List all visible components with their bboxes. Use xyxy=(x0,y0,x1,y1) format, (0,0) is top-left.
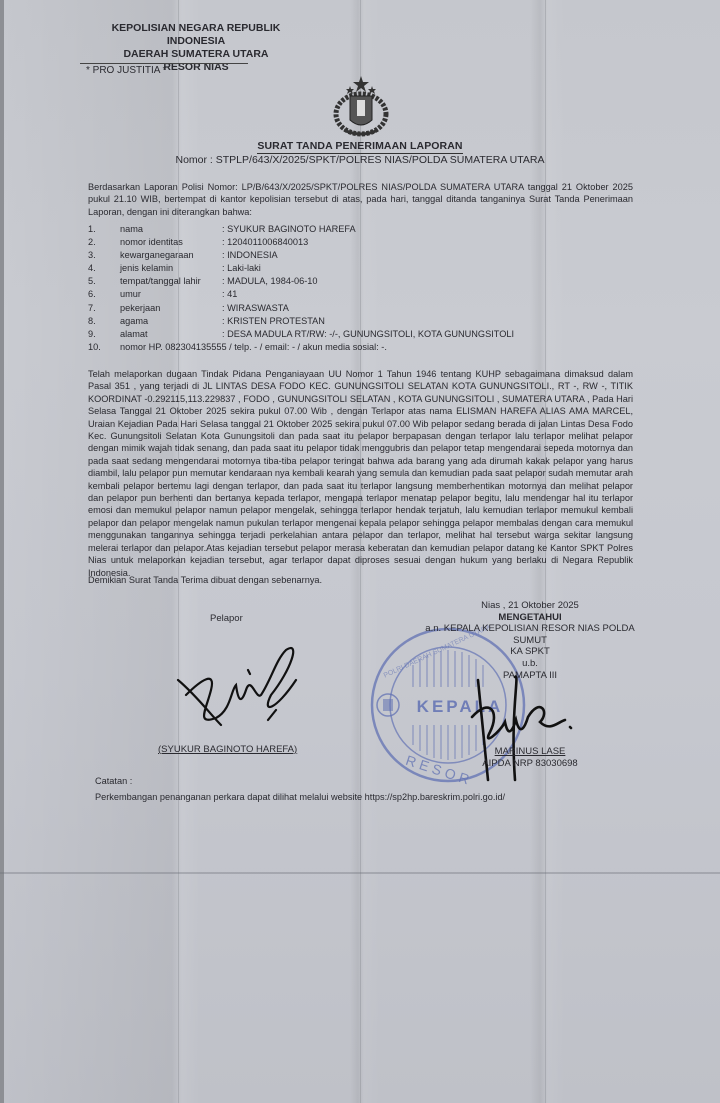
identity-row: 8.agama: KRISTEN PROTESTAN xyxy=(88,315,514,328)
officer-block: MARINUS LASE AIPDA NRP 83030698 xyxy=(410,746,650,770)
identity-row: 7.pekerjaan: WIRASWASTA xyxy=(88,302,514,315)
fold-line xyxy=(0,872,720,874)
institution-line: KEPOLISIAN NEGARA REPUBLIK INDONESIA xyxy=(86,22,306,48)
reporter-signature xyxy=(176,640,306,735)
officer-rank-nrp: AIPDA NRP 83030698 xyxy=(410,758,650,770)
note-text: Perkembangan penanganan perkara dapat di… xyxy=(95,789,505,805)
note-section: Catatan : Perkembangan penanganan perkar… xyxy=(95,773,505,805)
header-divider xyxy=(80,63,248,64)
identity-row: 4.jenis kelamin: Laki-laki xyxy=(88,262,514,275)
identity-row: 5.tempat/tanggal lahir: MADULA, 1984-06-… xyxy=(88,275,514,288)
officer-name: MARINUS LASE xyxy=(410,746,650,758)
institution-line: DAERAH SUMATERA UTARA xyxy=(86,48,306,61)
ub-line: u.b. xyxy=(410,658,650,670)
on-behalf-line: a.n. KEPALA KEPOLISIAN RESOR NIAS POLDA … xyxy=(410,623,650,646)
reporter-label: Pelapor xyxy=(210,613,243,624)
identity-row: 2.nomor identitas: 1204011006840013 xyxy=(88,236,514,249)
closing-statement: Demikian Surat Tanda Terima dibuat denga… xyxy=(88,575,322,585)
pro-justitia: * PRO JUSTITIA * xyxy=(86,65,167,76)
reporter-name: (SYUKUR BAGINOTO HAREFA) xyxy=(158,744,297,755)
identity-row: 1.nama: SYUKUR BAGINOTO HAREFA xyxy=(88,223,514,236)
identity-row: 9.alamat: DESA MADULA RT/RW: -/-, GUNUNG… xyxy=(88,328,514,341)
identity-row: 10.nomor HP. 082304135555 / telp. - / em… xyxy=(88,341,514,354)
document-number: Nomor : STPLP/643/X/2025/SPKT/POLRES NIA… xyxy=(0,154,720,166)
intro-paragraph: Berdasarkan Laporan Polisi Nomor: LP/B/6… xyxy=(88,181,633,218)
identity-list: 1.nama: SYUKUR BAGINOTO HAREFA 2.nomor i… xyxy=(88,223,514,354)
acknowledged-label: MENGETAHUI xyxy=(410,612,650,624)
identity-row: 6.umur: 41 xyxy=(88,288,514,301)
document-title: SURAT TANDA PENERIMAAN LAPORAN xyxy=(0,140,720,152)
identity-row: 3.kewarganegaraan: INDONESIA xyxy=(88,249,514,262)
report-body: Telah melaporkan dugaan Tindak Pidana Pe… xyxy=(88,368,633,579)
unit-line: KA SPKT xyxy=(410,646,650,658)
note-label: Catatan : xyxy=(95,773,505,789)
police-emblem-icon xyxy=(330,74,392,140)
place-date: Nias , 21 Oktober 2025 xyxy=(410,600,650,612)
acknowledgement-block: Nias , 21 Oktober 2025 MENGETAHUI a.n. K… xyxy=(410,600,650,681)
